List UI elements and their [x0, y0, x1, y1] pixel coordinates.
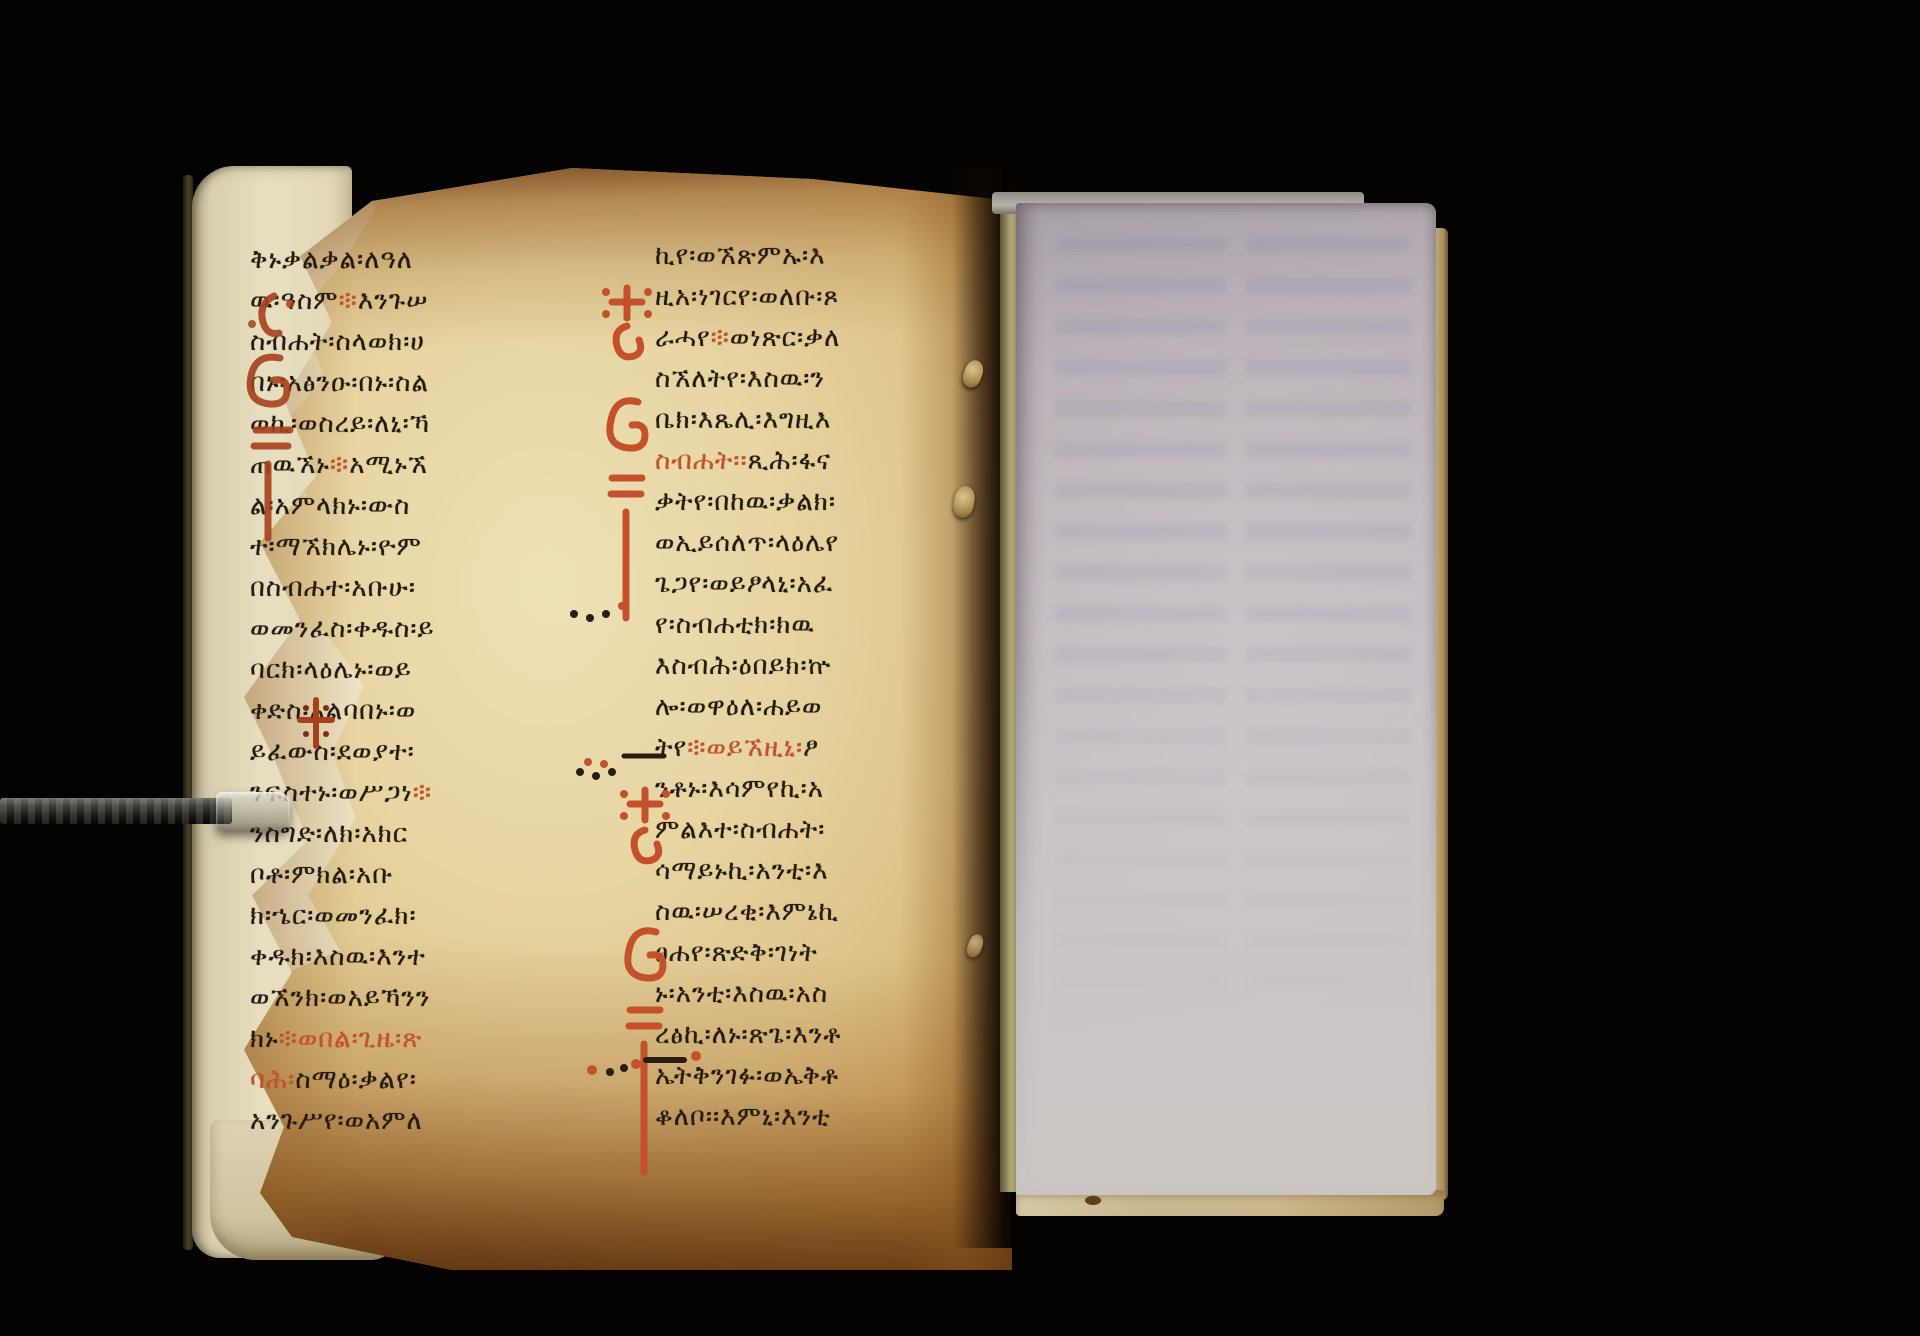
ink-text: ራሓየ	[655, 323, 711, 353]
left-margin-numeral-ornament	[228, 288, 308, 550]
manuscript-photo: ቅኑቃልቃል፡ለዓለዉ፡ዓስም፨እንጉሠስብሐት፡ስላወክ፡ሀበኑ፡አፅንዑ፡በ…	[0, 0, 1920, 1336]
ink-text: ጺሕ፡ፋና	[748, 446, 831, 476]
rubric-text: ፨	[330, 450, 349, 480]
ink-text: ሎ፡ወዋዕለ፡ሐይወ	[655, 692, 822, 722]
tissue-interleaf-page	[1016, 203, 1436, 1195]
rubric-text: ስብሐት፡፡	[655, 446, 748, 476]
tissue-surface-fade	[1016, 203, 1436, 1195]
rubric-text: ፨	[339, 286, 358, 316]
ink-text: ሳማይኑኪ፡አንቲ፡እ	[655, 856, 829, 886]
ink-text: ወኢይሰለጥ፡ላዕሌየ	[655, 528, 839, 558]
manuscript-text-line: ወኧንክ፡ወአይኻንን	[250, 978, 602, 1019]
gutter-numeral-ornament-bottom	[616, 782, 674, 1182]
ink-text: ክኑ	[250, 1024, 279, 1054]
manuscript-text-line: አንጉሥየ፡ወአምለ	[250, 1101, 602, 1142]
ink-text: ስኧለትየ፡እስዉ፡ን	[655, 364, 825, 394]
ink-text: ፀሐየ፡ጽድቅ፡ገነት	[655, 938, 818, 968]
manuscript-text-line: ክኑ፨ወበል፡ጊዜ፡ጽ	[250, 1019, 602, 1060]
ink-text: ኑ፡አንቲ፡እስዉ፡አስ	[655, 979, 828, 1009]
dotted-connector-3	[584, 1042, 704, 1082]
ink-text: ዚአ፡ነገርየ፡ወለቡ፡ጾ	[655, 282, 839, 312]
ink-text: ወነጽር፡ቃለ	[730, 323, 840, 353]
rubric-text: ወበል፡ጊዜ፡ጽ	[298, 1024, 422, 1054]
manuscript-text-line: ባርክ፡ላዕሌኑ፡ወይ	[250, 650, 602, 691]
manuscript-text-line: ባሕ፡ስማዕ፡ቃልየ፡	[250, 1060, 602, 1101]
ink-text: ወመንፈስ፡ቀዱስ፡ይ	[250, 614, 434, 644]
ink-text: ባርክ፡ላዕሌኑ፡ወይ	[250, 655, 412, 685]
manuscript-text-line: በስብሐተ፡አቡሁ፡	[250, 568, 602, 609]
manuscript-text-line: ክ፡ኄር፡ወመንፈክ፡	[250, 896, 602, 937]
gutter-numeral-ornament-top	[598, 282, 656, 628]
manuscript-text-line: ቅኑቃልቃል፡ለዓለ	[250, 240, 602, 281]
ink-text: ቆለቦ፡፡እምኒ፡እንቲ	[655, 1102, 831, 1132]
manuscript-text-line: ቀዱክ፡እስዉ፡እንተ	[250, 937, 602, 978]
dotted-connector-1	[566, 584, 646, 628]
ink-text: ክ፡ኄር፡ወመንፈክ፡	[250, 901, 417, 931]
ink-text: አንጉሥየ፡ወአምለ	[250, 1106, 423, 1136]
rubric-text: ወይኧዚኒ፡	[707, 733, 804, 763]
ink-text: ንቶኑ፡እሳምየኪ፡አ	[655, 774, 824, 804]
ink-text: ቅኑቃልቃል፡ለዓለ	[250, 245, 413, 275]
rubric-text: ፨	[711, 323, 730, 353]
glass-rod-tip	[216, 792, 290, 830]
ink-text: አሚኑኧ	[349, 450, 428, 480]
dotted-connector-2	[572, 742, 678, 786]
ink-text: ምልእተ፡ስብሐት፡	[655, 815, 825, 845]
ink-text: እንጉሠ	[358, 286, 428, 316]
rubric-text: ፨	[687, 733, 706, 763]
ink-text: ፆ	[803, 733, 819, 763]
ink-text: ስማዕ፡ቃልየ፡	[295, 1065, 417, 1095]
ink-text: ቃትየ፡በከዉ፡ቃልክ፡	[655, 487, 836, 517]
ink-text: ስዉ፡ሠረቂ፡እምኔኪ	[655, 897, 839, 927]
ink-text: የ፡ስብሐቲክ፡ክዉ	[655, 610, 815, 640]
rubric-text: ፨	[279, 1024, 298, 1054]
manuscript-text-line: ወመንፈስ፡ቀዱስ፡ይ	[250, 609, 602, 650]
ink-text: ኪየ፡ወኧጽምኡ፡እ	[655, 241, 826, 271]
ink-text: በስብሐተ፡አቡሁ፡	[250, 573, 416, 603]
rubric-text: ፨	[413, 778, 432, 808]
glass-rod	[0, 798, 232, 824]
ink-text: ቀዱክ፡እስዉ፡እንተ	[250, 942, 426, 972]
left-margin-cross-mark	[296, 694, 336, 758]
ink-text: ቦቶ፡ምክል፡አቡ	[250, 860, 393, 890]
manuscript-text-line: ንፍስተኑ፡ወሥጋነ፨	[250, 773, 602, 814]
ink-text: ቤክ፡እጼሊ፡እግዚእ	[655, 405, 831, 435]
rubric-text: ባሕ፡	[250, 1065, 295, 1095]
ink-text: እስብሕ፡ዕበይክ፡ኵ	[655, 651, 831, 681]
manuscript-text-line: ንስግድ፡ለክ፡አክር	[250, 814, 602, 855]
manuscript-text-line: ቦቶ፡ምክል፡አቡ	[250, 855, 602, 896]
ink-text: ጌጋየ፡ወይፆላኒ፡አፈ	[655, 569, 833, 599]
ink-text: ወኧንክ፡ወአይኻንን	[250, 983, 430, 1013]
